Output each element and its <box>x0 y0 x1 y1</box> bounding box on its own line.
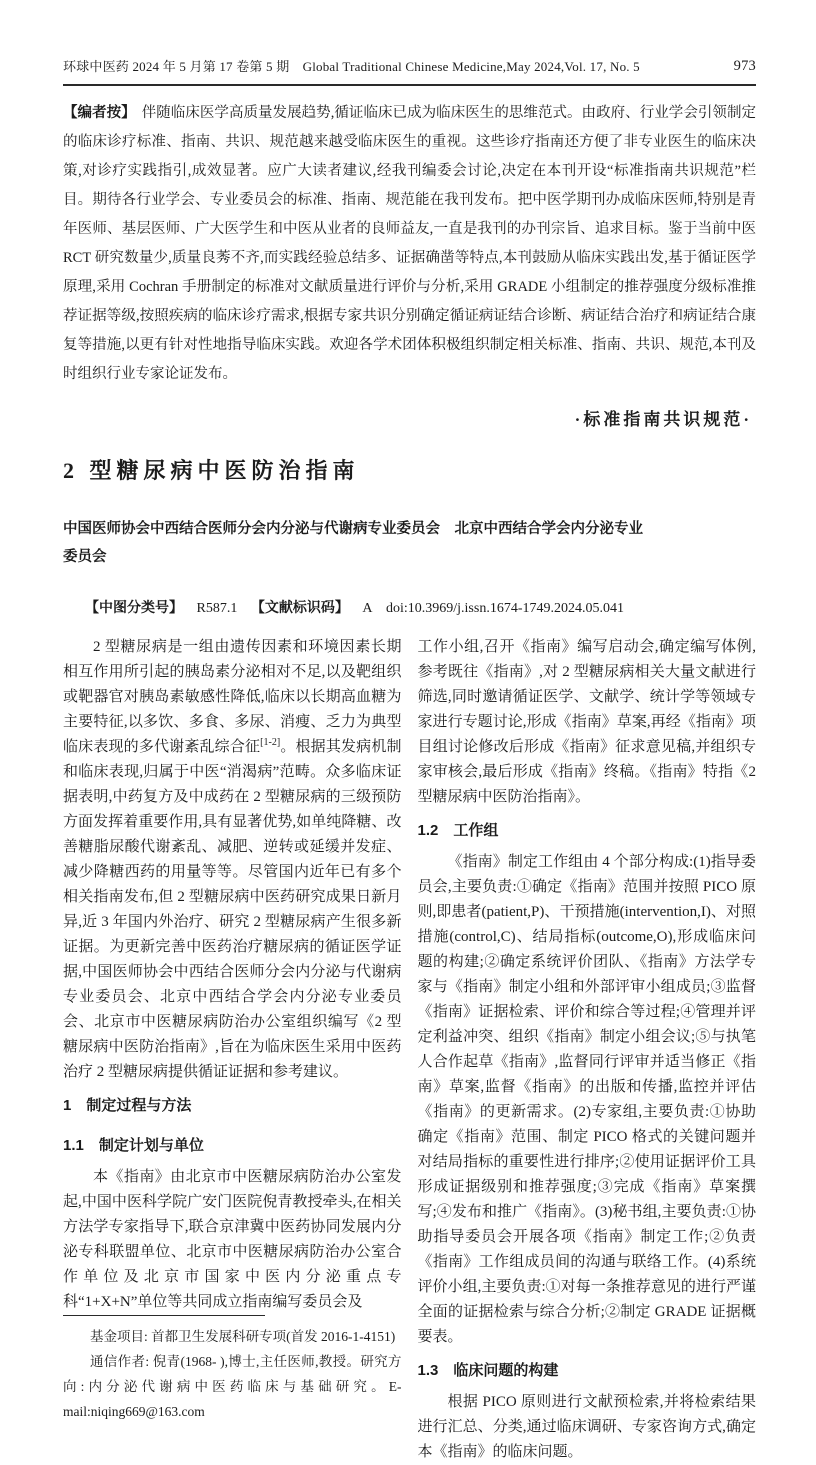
continuation-paragraph: 工作小组,召开《指南》编写启动会,确定编写体例,参考既往《指南》,对 2 型糖尿… <box>418 635 757 810</box>
heading-section-1-3: 1.3 临床问题的构建 <box>418 1358 757 1383</box>
reference-superscript: [1-2] <box>260 737 280 748</box>
column-section-label: ·标准指南共识规范· <box>63 405 752 430</box>
footnote-block: 基金项目: 首都卫生发展科研专项(首发 2016-1-4151) 通信作者: 倪… <box>63 1315 402 1428</box>
footnote-corresponding-author: 通信作者: 倪青(1968- ),博士,主任医师,教授。研究方向:内分泌代谢病中… <box>63 1349 402 1424</box>
heading-section-1-2: 1.2 工作组 <box>418 818 757 843</box>
heading-section-1-1: 1.1 制定计划与单位 <box>63 1133 402 1158</box>
editor-note: 【编者按】伴随临床医学高质量发展趋势,循证临床已成为临床医生的思维范式。由政府、… <box>63 99 756 389</box>
editor-note-text: 伴随临床医学高质量发展趋势,循证临床已成为临床医生的思维范式。由政府、行业学会引… <box>63 105 756 382</box>
section-1-3-paragraph: 根据 PICO 原则进行文献预检索,并将检索结果进行汇总、分类,通过临床调研、专… <box>418 1390 757 1465</box>
intro-paragraph-text-cont: 。根据其发病机制和临床表现,归属于中医“消渴病”范畴。众多临床证据表明,中药复方… <box>63 739 402 1080</box>
heading-section-1: 1 制定过程与方法 <box>63 1093 402 1118</box>
clc-value: R587.1 <box>197 601 238 616</box>
running-head: 环球中医药 2024 年 5 月第 17 卷第 5 期 Global Tradi… <box>63 56 756 86</box>
clc-label: 【中图分类号】 <box>85 601 183 616</box>
article-title: 2 型糖尿病中医防治指南 <box>63 454 756 485</box>
section-1-2-paragraph: 《指南》制定工作组由 4 个部分构成:(1)指导委员会,主要负责:①确定《指南》… <box>418 850 757 1350</box>
section-1-1-paragraph: 本《指南》由北京市中医糖尿病防治办公室发起,中国中医科学院广安门医院倪青教授牵头… <box>63 1165 402 1315</box>
editor-note-label: 【编者按】 <box>63 105 136 121</box>
intro-paragraph: 2 型糖尿病是一组由遗传因素和环境因素长期相互作用所引起的胰岛素分泌相对不足,以… <box>63 635 402 1085</box>
left-column: 2 型糖尿病是一组由遗传因素和环境因素长期相互作用所引起的胰岛素分泌相对不足,以… <box>63 635 402 1231</box>
journal-page: 环球中医药 2024 年 5 月第 17 卷第 5 期 Global Tradi… <box>0 0 816 1122</box>
article-meta: 【中图分类号】 R587.1 【文献标识码】 A doi:10.3969/j.i… <box>63 597 756 617</box>
doc-code-value: A <box>362 601 372 616</box>
footnote-fund: 基金项目: 首都卫生发展科研专项(首发 2016-1-4151) <box>63 1324 402 1349</box>
journal-issue-line: 环球中医药 2024 年 5 月第 17 卷第 5 期 Global Tradi… <box>63 56 640 75</box>
right-column: 工作小组,召开《指南》编写启动会,确定编写体例,参考既往《指南》,对 2 型糖尿… <box>418 635 757 1231</box>
footnote-divider <box>63 1315 265 1316</box>
doi-value: doi:10.3969/j.issn.1674-1749.2024.05.041 <box>386 601 624 616</box>
article-authors: 中国医师协会中西结合医师分会内分泌与代谢病专业委员会 北京中西结合学会内分泌专业… <box>63 515 643 571</box>
doc-code-label: 【文献标识码】 <box>251 601 349 616</box>
intro-paragraph-text: 2 型糖尿病是一组由遗传因素和环境因素长期相互作用所引起的胰岛素分泌相对不足,以… <box>63 639 402 755</box>
page-number: 973 <box>734 58 756 75</box>
two-column-body: 2 型糖尿病是一组由遗传因素和环境因素长期相互作用所引起的胰岛素分泌相对不足,以… <box>63 635 756 1231</box>
